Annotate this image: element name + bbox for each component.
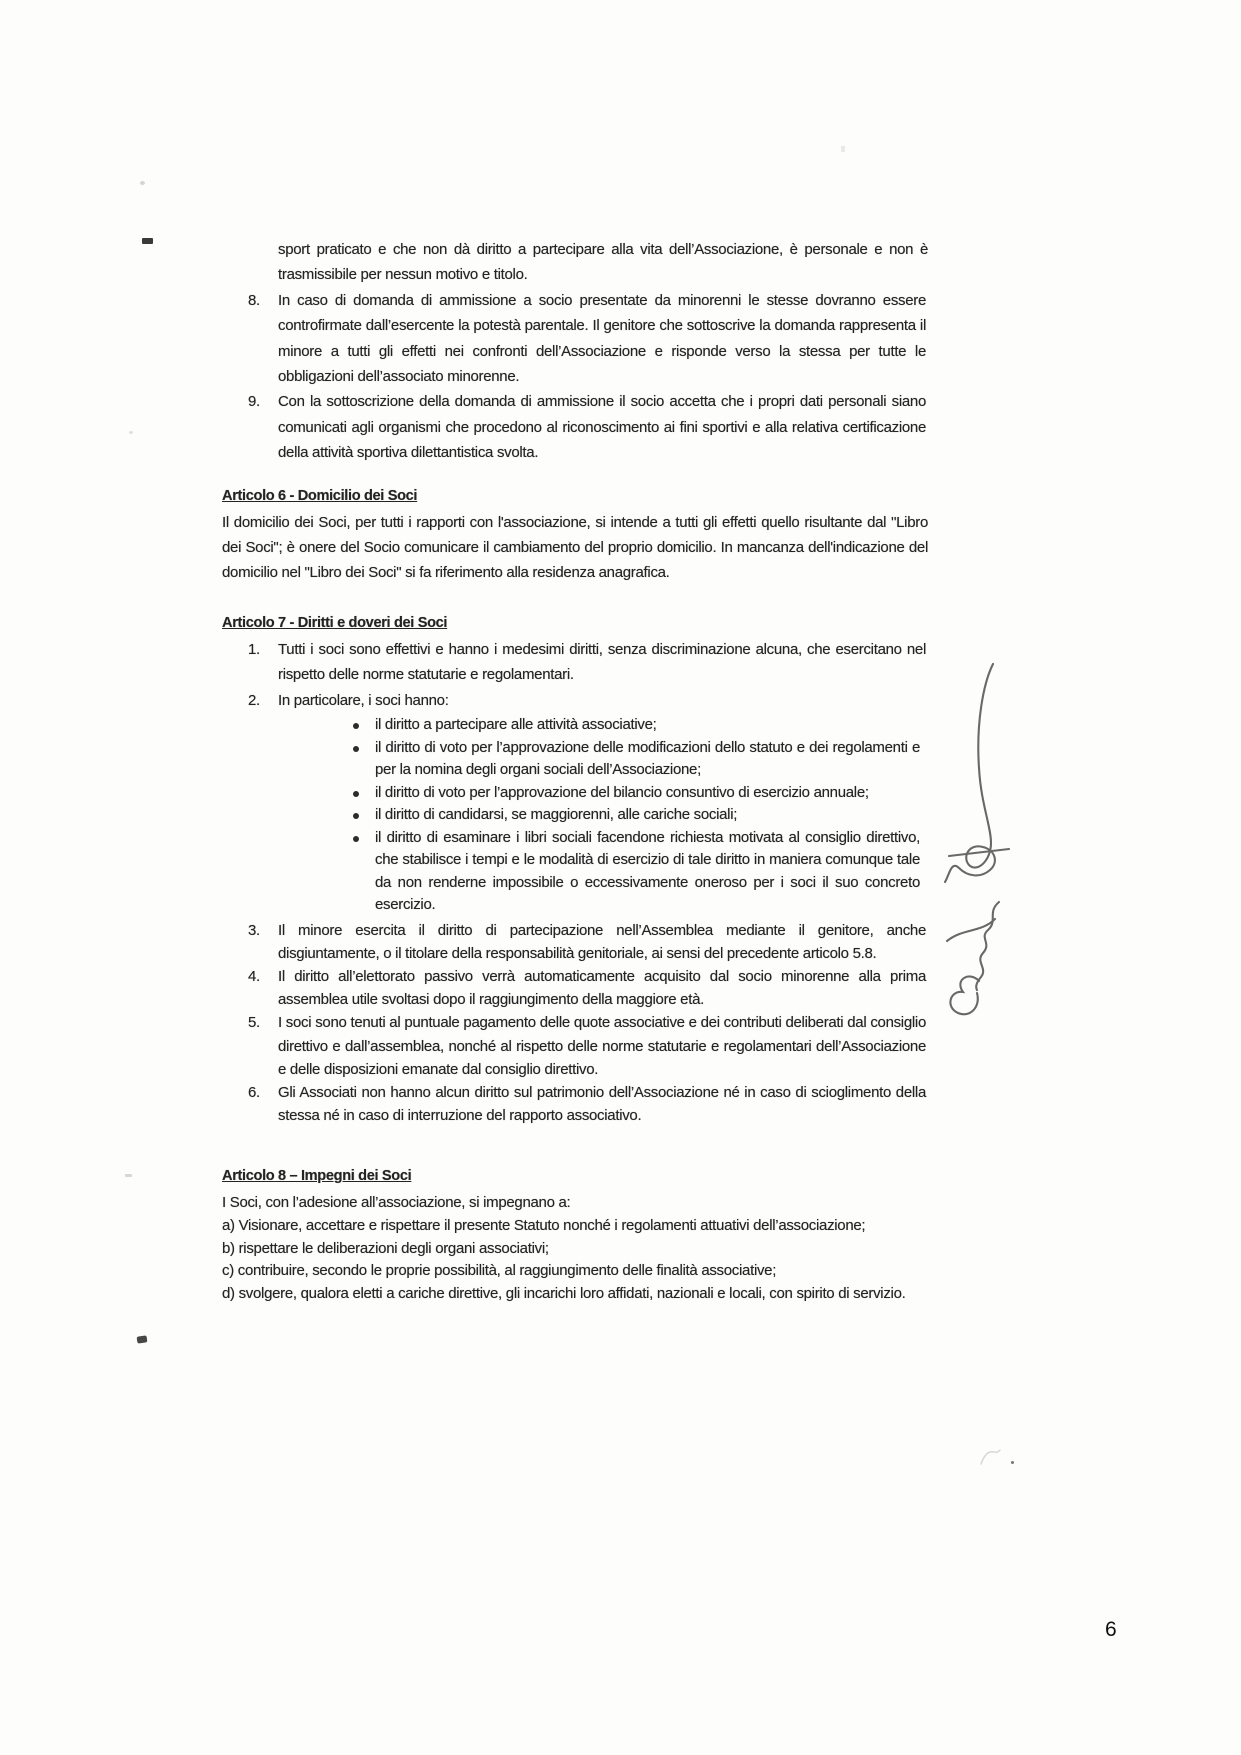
list-item-5: 5. I soci sono tenuti al puntuale pagame…: [222, 1011, 928, 1081]
list-item-text: I soci sono tenuti al puntuale pagamento…: [278, 1011, 926, 1081]
articolo-8-intro: I Soci, con l’adesione all’associazione,…: [222, 1192, 928, 1215]
list-number: 2.: [248, 688, 260, 713]
bullet-item: il diritto di voto per l’approvazione de…: [222, 737, 928, 782]
list-item-text: In particolare, i soci hanno:: [278, 688, 926, 713]
bullet-item: il diritto di esaminare i libri sociali …: [222, 827, 928, 917]
paragraph-continuation: sport praticato e che non dà diritto a p…: [222, 237, 928, 288]
scanned-document-page: sport praticato e che non dà diritto a p…: [0, 0, 1241, 1755]
scan-artifact-mark: [137, 1335, 148, 1343]
list-number: 6.: [248, 1081, 260, 1104]
list-item-6: 6. Gli Associati non hanno alcun diritto…: [222, 1081, 928, 1127]
list-item-1: 1. Tutti i soci sono effettivi e hanno i…: [222, 637, 928, 688]
scan-artifact-dot: [1011, 1461, 1014, 1464]
handwritten-signature: [935, 650, 1030, 1030]
list-item-text: Il diritto all’elettorato passivo verrà …: [278, 965, 926, 1011]
bullet-item: il diritto di candidarsi, se maggiorenni…: [222, 804, 928, 827]
articolo-8-point-d: d) svolgere, qualora eletti a cariche di…: [222, 1283, 928, 1306]
scan-artifact-dash: [142, 238, 153, 244]
list-item-text: Tutti i soci sono effettivi e hanno i me…: [278, 637, 926, 688]
articolo-6-heading: Articolo 6 - Domicilio dei Soci: [222, 484, 928, 509]
bullet-item: il diritto di voto per l’approvazione de…: [222, 782, 928, 805]
document-body: sport praticato e che non dà diritto a p…: [222, 237, 928, 1305]
scan-artifact-dot: [841, 146, 845, 152]
scan-artifact-dot: [140, 181, 145, 185]
list-item-text: Gli Associati non hanno alcun diritto su…: [278, 1081, 926, 1127]
articolo-6-body: Il domicilio dei Soci, per tutti i rappo…: [222, 510, 928, 586]
list-item-9: 9. Con la sottoscrizione della domanda d…: [222, 389, 928, 465]
scan-artifact-dot: [129, 431, 133, 434]
articolo-8-point-a: a) Visionare, accettare e rispettare il …: [222, 1215, 928, 1238]
scan-artifact-dash: [125, 1174, 132, 1177]
list-item-4: 4. Il diritto all’elettorato passivo ver…: [222, 965, 928, 1011]
scan-artifact-pencil-squiggle: [978, 1446, 1006, 1468]
list-item-3: 3. Il minore esercita il diritto di part…: [222, 919, 928, 965]
articolo-7-heading: Articolo 7 - Diritti e doveri dei Soci: [222, 611, 928, 636]
list-number: 9.: [248, 389, 260, 414]
articolo-8-point-c: c) contribuire, secondo le proprie possi…: [222, 1260, 928, 1283]
list-item-8: 8. In caso di domanda di ammissione a so…: [222, 288, 928, 390]
articolo-8-point-b: b) rispettare le deliberazioni degli org…: [222, 1238, 928, 1261]
list-item-2: 2. In particolare, i soci hanno:: [222, 688, 928, 713]
list-number: 4.: [248, 965, 260, 988]
rights-bullet-list: il diritto a partecipare alle attività a…: [222, 714, 928, 917]
list-number: 5.: [248, 1011, 260, 1034]
page-number: 6: [1105, 1618, 1117, 1642]
list-number: 1.: [248, 637, 260, 662]
list-number: 3.: [248, 919, 260, 942]
articolo-8-heading: Articolo 8 – Impegni dei Soci: [222, 1164, 928, 1189]
bullet-item: il diritto a partecipare alle attività a…: [222, 714, 928, 737]
list-item-text: Con la sottoscrizione della domanda di a…: [278, 389, 926, 465]
list-number: 8.: [248, 288, 260, 313]
list-item-text: In caso di domanda di ammissione a socio…: [278, 288, 926, 390]
list-item-text: Il minore esercita il diritto di parteci…: [278, 919, 926, 965]
